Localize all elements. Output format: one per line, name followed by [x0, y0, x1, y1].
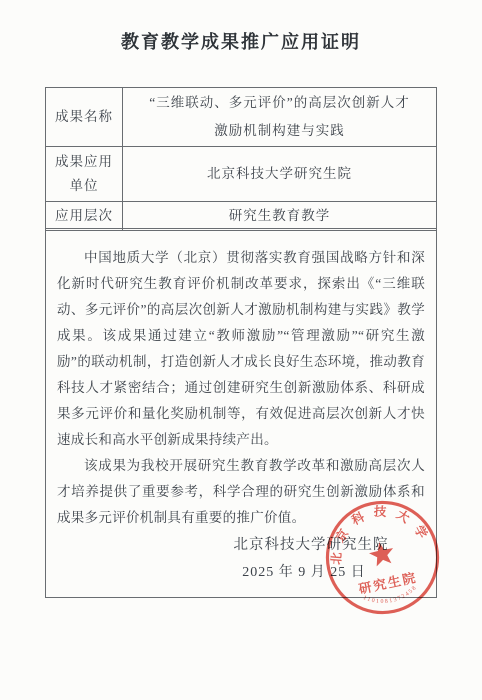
- result-name-value: “三维联动、多元评价”的高层次创新人才 激励机制构建与实践: [122, 88, 436, 146]
- certificate-body: 中国地质大学（北京）贯彻落实教育强国战略方针和深化新时代研究生教育评价机制改革要…: [45, 228, 437, 598]
- application-level-label: 应用层次: [46, 201, 122, 230]
- issue-date: 2025 年 9 月 25 日: [57, 561, 425, 581]
- applying-unit-value-text: 北京科技大学研究生院: [207, 162, 352, 186]
- issuer-signature: 北京科技大学研究生院: [57, 533, 425, 554]
- body-paragraph-2: 该成果为我校开展研究生教育教学改革和激励高层次人才培养提供了重要参考，科学合理的…: [57, 453, 425, 531]
- application-level-value-text: 研究生教育教学: [229, 204, 331, 228]
- document-title: 教育教学成果推广应用证明: [0, 28, 482, 54]
- application-level-label-text: 应用层次: [55, 204, 113, 228]
- result-name-label-text: 成果名称: [55, 105, 113, 129]
- certificate-page: 教育教学成果推广应用证明 成果名称 “三维联动、多元评价”的高层次创新人才 激励…: [0, 0, 482, 700]
- applying-unit-value: 北京科技大学研究生院: [122, 146, 436, 201]
- info-table: 成果名称 “三维联动、多元评价”的高层次创新人才 激励机制构建与实践 成果应用 …: [45, 87, 437, 231]
- body-paragraph-1: 中国地质大学（北京）贯彻落实教育强国战略方针和深化新时代研究生教育评价机制改革要…: [57, 245, 425, 453]
- applying-unit-label: 成果应用 单位: [46, 146, 122, 201]
- result-name-value-line1: “三维联动、多元评价”的高层次创新人才: [149, 89, 409, 117]
- applying-unit-label-line2: 单位: [70, 174, 99, 198]
- applying-unit-label-line1: 成果应用: [55, 150, 113, 174]
- result-name-value-line2: 激励机制构建与实践: [214, 117, 345, 145]
- result-name-label: 成果名称: [46, 88, 122, 146]
- application-level-value: 研究生教育教学: [122, 201, 436, 230]
